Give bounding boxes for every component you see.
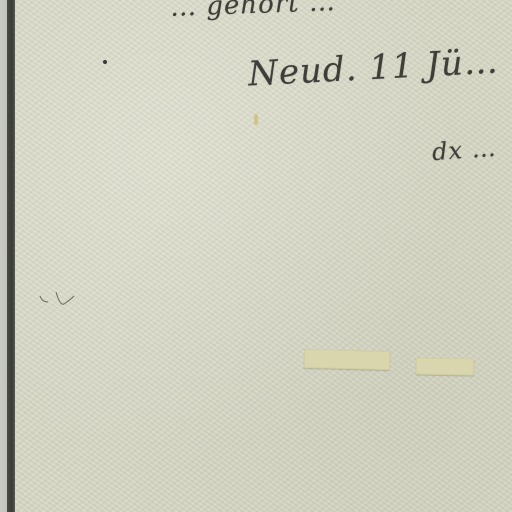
stray-fiber-mark [38,290,78,310]
binding-edge [7,0,15,512]
paper-stain [254,114,258,125]
tape-strip-left [304,349,390,370]
ink-dot [103,60,107,64]
handwriting-line-3: dx … [431,134,497,166]
tape-strip-right [416,357,474,375]
